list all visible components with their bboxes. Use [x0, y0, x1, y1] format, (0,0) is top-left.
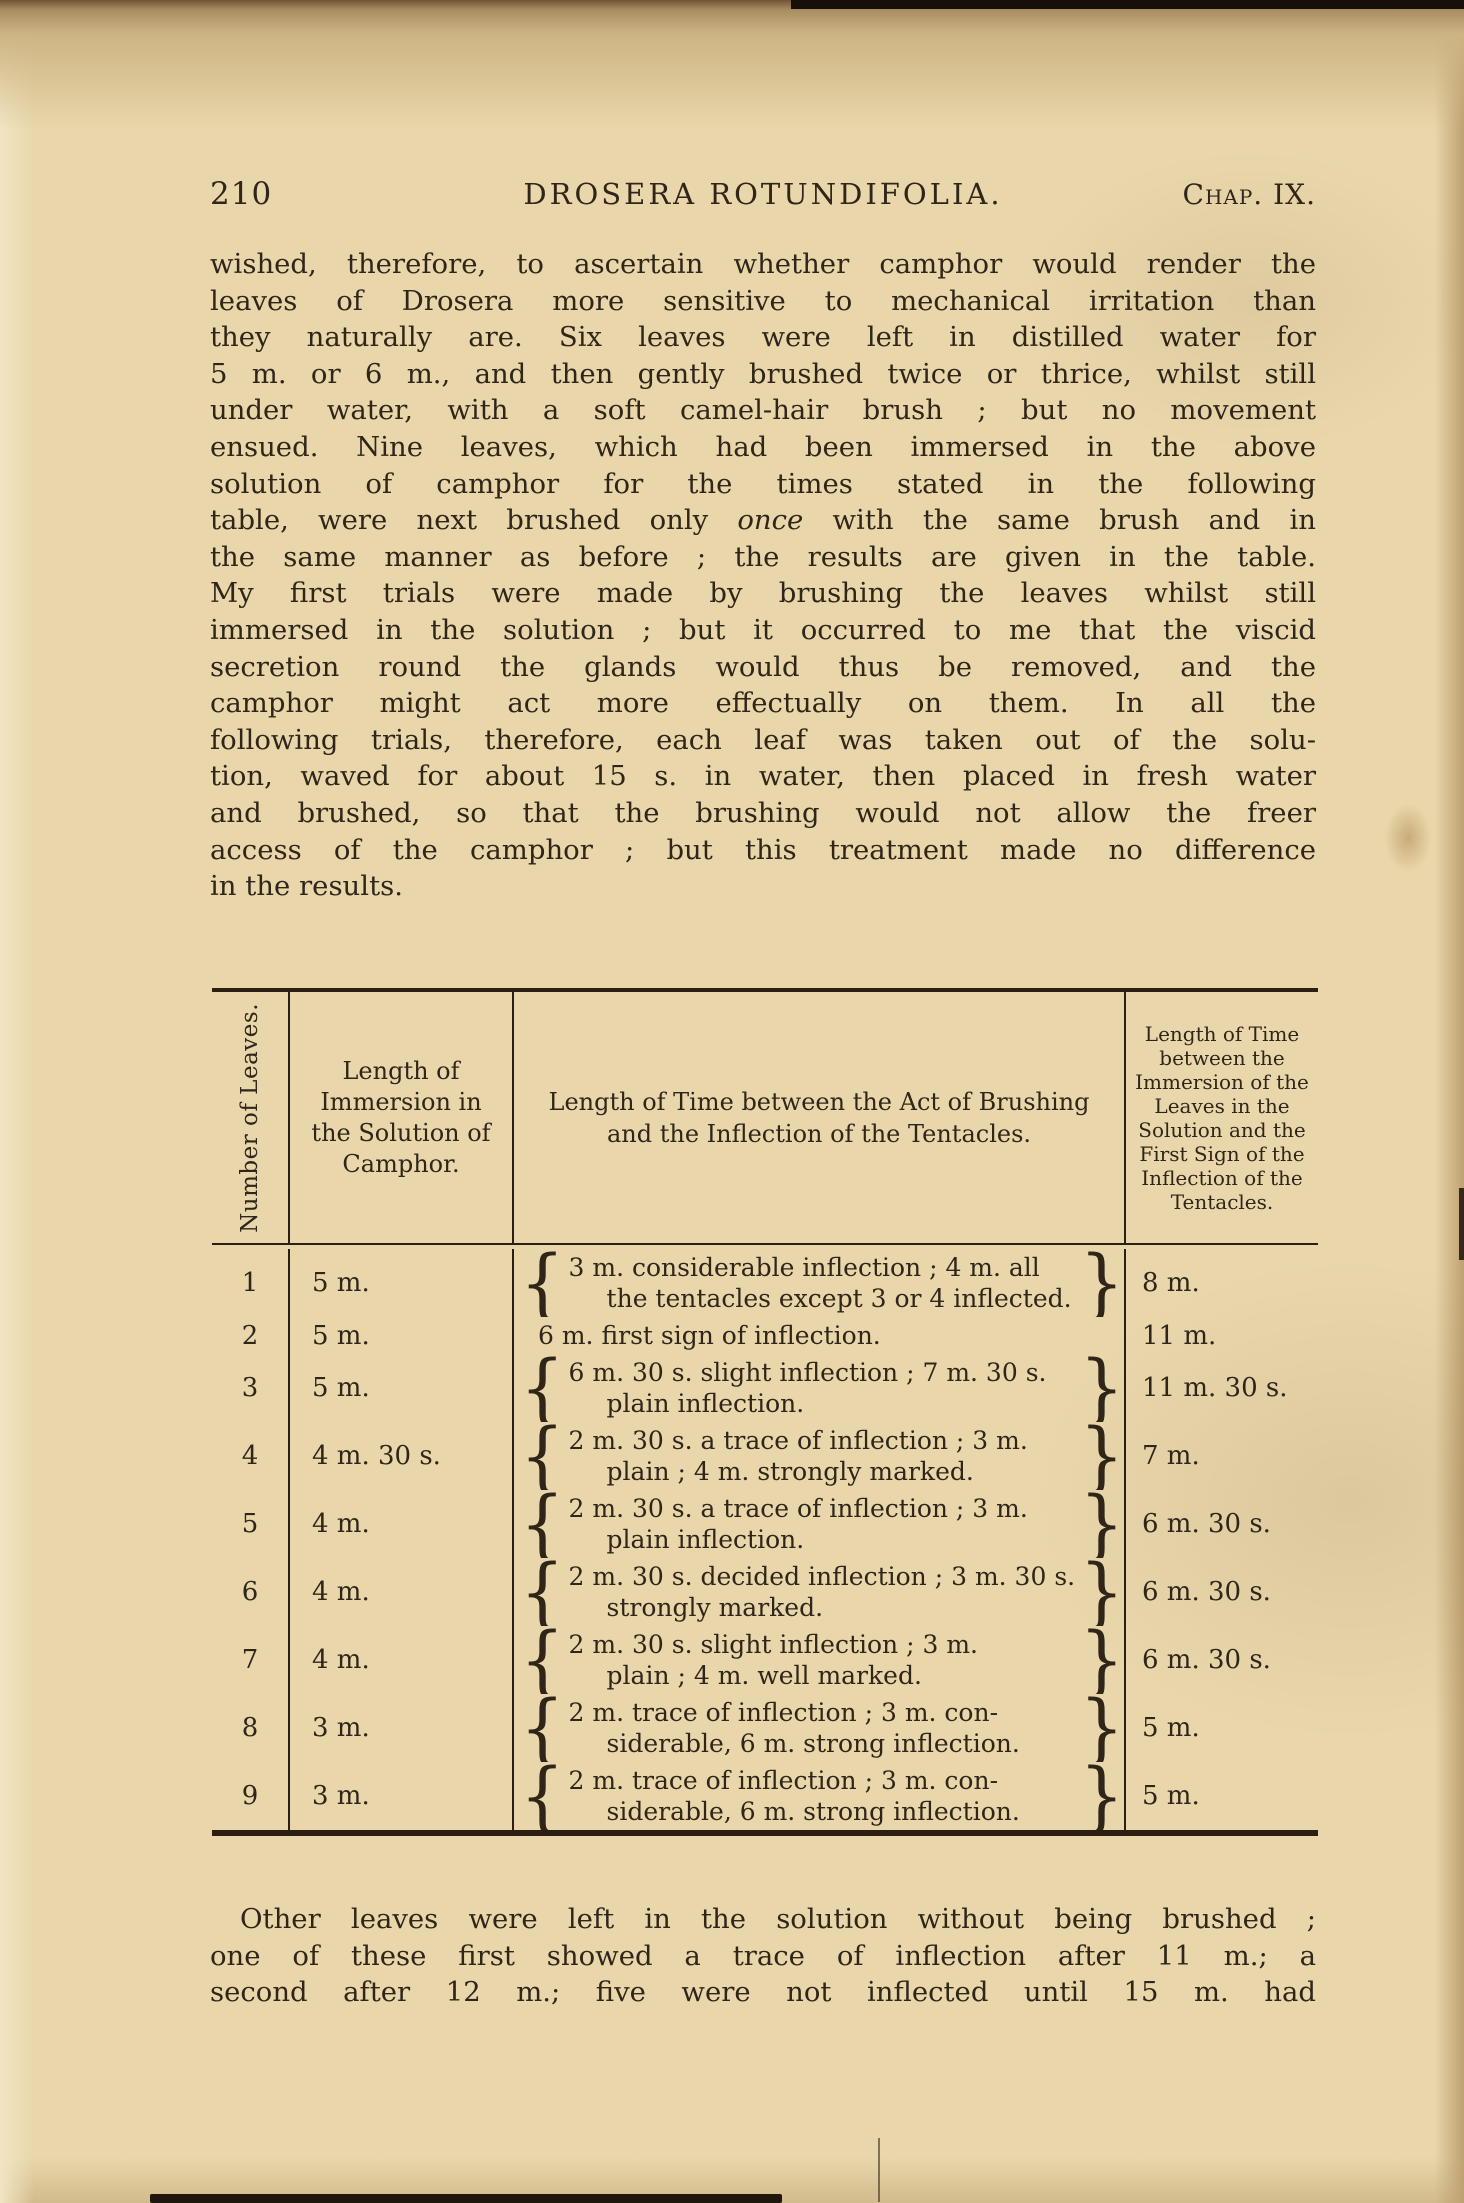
brace-close: }: [1079, 1694, 1124, 1762]
paragraph-line: second after 12 m.; five were not inflec…: [210, 1974, 1316, 2011]
paragraph-line: in the results.: [210, 868, 1316, 905]
paragraph-line: following trials, therefore, each leaf w…: [210, 722, 1316, 759]
paragraph-line: they naturally are. Six leaves were left…: [210, 319, 1316, 356]
paragraph-line: Other leaves were left in the solution w…: [210, 1901, 1316, 1938]
brace-close: }: [1079, 1422, 1124, 1490]
cell-leaf-number: 8: [212, 1694, 290, 1762]
paragraph-line: wished, therefore, to ascertain whether …: [210, 246, 1316, 283]
cell-brushing-inflection: {2 m. 30 s. decided inflection ; 3 m. 30…: [514, 1558, 1126, 1626]
brace-open: {: [520, 1558, 565, 1626]
cell-first-sign-time: 8 m.: [1126, 1249, 1318, 1317]
brushing-inflection-line: 2 m. trace of inflection ; 3 m. con-: [569, 1697, 1076, 1728]
brushing-inflection-lines: 2 m. 30 s. a trace of inflection ; 3 m.p…: [565, 1422, 1080, 1490]
paragraph-line: access of the camphor ; but this treatme…: [210, 832, 1316, 869]
brace-open: {: [520, 1762, 565, 1830]
header-number-of-leaves: Number of Leaves.: [212, 992, 290, 1243]
brushing-inflection-line: 2 m. 30 s. a trace of inflection ; 3 m.: [569, 1425, 1076, 1456]
brushing-inflection-lines: 6 m. 30 s. slight inflection ; 7 m. 30 s…: [565, 1354, 1080, 1422]
brushing-inflection-line: siderable, 6 m. strong inflection.: [569, 1796, 1076, 1827]
header-time-brushing-inflection: Length of Time between the Act of Brushi…: [514, 992, 1126, 1243]
paragraph-line: one of these first showed a trace of inf…: [210, 1938, 1316, 1975]
paragraph-line: My first trials were made by brushing th…: [210, 575, 1316, 612]
brushing-inflection-line: plain inflection.: [569, 1524, 1076, 1555]
page-number: 210: [210, 176, 523, 212]
paragraph-line: 5 m. or 6 m., and then gently brushed tw…: [210, 356, 1316, 393]
paragraph-line: solution of camphor for the times stated…: [210, 466, 1316, 503]
brace-close: }: [1079, 1249, 1124, 1317]
brace-close: }: [1079, 1762, 1124, 1830]
paragraph-other-leaves: Other leaves were left in the solution w…: [210, 1901, 1316, 2011]
brace-open: {: [520, 1422, 565, 1490]
brace-open: {: [520, 1490, 565, 1558]
cell-brushing-inflection: {3 m. considerable inflection ; 4 m. all…: [514, 1249, 1126, 1317]
chapter-label: Chap. IX.: [1003, 178, 1316, 211]
paragraph-camphor-brushing: wished, therefore, to ascertain whether …: [210, 246, 1316, 905]
brushing-inflection-lines: 2 m. 30 s. a trace of inflection ; 3 m.p…: [565, 1490, 1080, 1558]
cell-brushing-inflection: 6 m. first sign of inflection.: [514, 1317, 1126, 1354]
paragraph-line: and brushed, so that the brushing would …: [210, 795, 1316, 832]
book-page: 210 DROSERA ROTUNDIFOLIA. Chap. IX. wish…: [0, 0, 1464, 2203]
brushing-inflection-line: 2 m. 30 s. slight inflection ; 3 m.: [569, 1629, 1076, 1660]
cell-leaf-number: 5: [212, 1490, 290, 1558]
brushing-inflection-line: plain inflection.: [569, 1388, 1076, 1419]
paragraph-line: secretion round the glands would thus be…: [210, 649, 1316, 686]
brushing-inflection-lines: 6 m. first sign of inflection.: [520, 1317, 1124, 1354]
header-length-of-immersion: Length of Immersion in the Solution of C…: [290, 992, 514, 1243]
cell-first-sign-time: 5 m.: [1126, 1694, 1318, 1762]
brushing-inflection-line: plain ; 4 m. well marked.: [569, 1660, 1076, 1691]
cell-immersion-length: 4 m. 30 s.: [290, 1422, 514, 1490]
brushing-inflection-line: strongly marked.: [569, 1592, 1076, 1623]
brace-close: }: [1079, 1490, 1124, 1558]
cell-first-sign-time: 7 m.: [1126, 1422, 1318, 1490]
table-row: 15 m.{3 m. considerable inflection ; 4 m…: [212, 1245, 1318, 1317]
table-row: 44 m. 30 s.{2 m. 30 s. a trace of inflec…: [212, 1422, 1318, 1490]
cell-leaf-number: 6: [212, 1558, 290, 1626]
cell-first-sign-time: 5 m.: [1126, 1762, 1318, 1830]
cell-brushing-inflection: {2 m. 30 s. a trace of inflection ; 3 m.…: [514, 1422, 1126, 1490]
table-row: 74 m.{2 m. 30 s. slight inflection ; 3 m…: [212, 1626, 1318, 1694]
paragraph-line: tion, waved for about 15 s. in water, th…: [210, 758, 1316, 795]
paragraph-line: leaves of Drosera more sensitive to mech…: [210, 283, 1316, 320]
table-row: 83 m.{2 m. trace of inflection ; 3 m. co…: [212, 1694, 1318, 1762]
cell-immersion-length: 4 m.: [290, 1490, 514, 1558]
cell-brushing-inflection: {6 m. 30 s. slight inflection ; 7 m. 30 …: [514, 1354, 1126, 1422]
cell-immersion-length: 5 m.: [290, 1249, 514, 1317]
brushing-inflection-line: 2 m. 30 s. decided inflection ; 3 m. 30 …: [569, 1561, 1076, 1592]
brushing-inflection-lines: 2 m. 30 s. decided inflection ; 3 m. 30 …: [565, 1558, 1080, 1626]
cell-leaf-number: 3: [212, 1354, 290, 1422]
cell-immersion-length: 3 m.: [290, 1694, 514, 1762]
brace-close: }: [1079, 1354, 1124, 1422]
cell-immersion-length: 5 m.: [290, 1354, 514, 1422]
paragraph-line: under water, with a soft camel-hair brus…: [210, 392, 1316, 429]
table-row: 54 m.{2 m. 30 s. a trace of inflection ;…: [212, 1490, 1318, 1558]
brace-close: }: [1079, 1558, 1124, 1626]
results-table: Number of Leaves. Length of Immersion in…: [212, 988, 1318, 1836]
brushing-inflection-lines: 2 m. 30 s. slight inflection ; 3 m.plain…: [565, 1626, 1080, 1694]
cell-first-sign-time: 6 m. 30 s.: [1126, 1558, 1318, 1626]
table-row: 35 m.{6 m. 30 s. slight inflection ; 7 m…: [212, 1354, 1318, 1422]
cell-brushing-inflection: {2 m. 30 s. slight inflection ; 3 m.plai…: [514, 1626, 1126, 1694]
table-row: 93 m.{2 m. trace of inflection ; 3 m. co…: [212, 1762, 1318, 1830]
header-time-immersion-first-sign: Length of Time between the Immersion of …: [1126, 992, 1318, 1243]
brushing-inflection-line: 2 m. trace of inflection ; 3 m. con-: [569, 1765, 1076, 1796]
brushing-inflection-lines: 3 m. considerable inflection ; 4 m. allt…: [565, 1249, 1080, 1317]
cell-first-sign-time: 6 m. 30 s.: [1126, 1490, 1318, 1558]
cell-first-sign-time: 11 m. 30 s.: [1126, 1354, 1318, 1422]
brushing-inflection-line: the tentacles except 3 or 4 inflected.: [569, 1283, 1076, 1314]
brushing-inflection-line: 3 m. considerable inflection ; 4 m. all: [569, 1252, 1076, 1283]
brushing-inflection-line: plain ; 4 m. strongly marked.: [569, 1456, 1076, 1487]
brushing-inflection-lines: 2 m. trace of inflection ; 3 m. con-side…: [565, 1694, 1080, 1762]
brushing-inflection-line: 6 m. first sign of inflection.: [524, 1320, 1120, 1351]
table-header-row: Number of Leaves. Length of Immersion in…: [212, 992, 1318, 1245]
cell-leaf-number: 7: [212, 1626, 290, 1694]
cell-brushing-inflection: {2 m. trace of inflection ; 3 m. con-sid…: [514, 1694, 1126, 1762]
cell-leaf-number: 4: [212, 1422, 290, 1490]
cell-immersion-length: 4 m.: [290, 1558, 514, 1626]
cell-brushing-inflection: {2 m. trace of inflection ; 3 m. con-sid…: [514, 1762, 1126, 1830]
cell-immersion-length: 3 m.: [290, 1762, 514, 1830]
running-header: 210 DROSERA ROTUNDIFOLIA. Chap. IX.: [210, 176, 1316, 212]
paragraph-line: ensued. Nine leaves, which had been imme…: [210, 429, 1316, 466]
cell-leaf-number: 2: [212, 1317, 290, 1354]
table-row: 64 m.{2 m. 30 s. decided inflection ; 3 …: [212, 1558, 1318, 1626]
brushing-inflection-line: 2 m. 30 s. a trace of inflection ; 3 m.: [569, 1493, 1076, 1524]
paragraph-line: immersed in the solution ; but it occurr…: [210, 612, 1316, 649]
brace-open: {: [520, 1249, 565, 1317]
brace-open: {: [520, 1694, 565, 1762]
brace-open: {: [520, 1354, 565, 1422]
cell-first-sign-time: 11 m.: [1126, 1317, 1318, 1354]
brace-close: }: [1079, 1626, 1124, 1694]
cell-leaf-number: 1: [212, 1249, 290, 1317]
paragraph-line: camphor might act more effectually on th…: [210, 685, 1316, 722]
cell-immersion-length: 4 m.: [290, 1626, 514, 1694]
brushing-inflection-line: 6 m. 30 s. slight inflection ; 7 m. 30 s…: [569, 1357, 1076, 1388]
brushing-inflection-lines: 2 m. trace of inflection ; 3 m. con-side…: [565, 1762, 1080, 1830]
paragraph-line: the same manner as before ; the results …: [210, 539, 1316, 576]
running-title: DROSERA ROTUNDIFOLIA.: [523, 177, 1002, 211]
cell-immersion-length: 5 m.: [290, 1317, 514, 1354]
brushing-inflection-line: siderable, 6 m. strong inflection.: [569, 1728, 1076, 1759]
paragraph-line: table, were next brushed only once with …: [210, 502, 1316, 539]
table-body: 15 m.{3 m. considerable inflection ; 4 m…: [212, 1245, 1318, 1830]
cell-first-sign-time: 6 m. 30 s.: [1126, 1626, 1318, 1694]
cell-brushing-inflection: {2 m. 30 s. a trace of inflection ; 3 m.…: [514, 1490, 1126, 1558]
table-row: 25 m.6 m. first sign of inflection.11 m.: [212, 1317, 1318, 1354]
brace-open: {: [520, 1626, 565, 1694]
cell-leaf-number: 9: [212, 1762, 290, 1830]
